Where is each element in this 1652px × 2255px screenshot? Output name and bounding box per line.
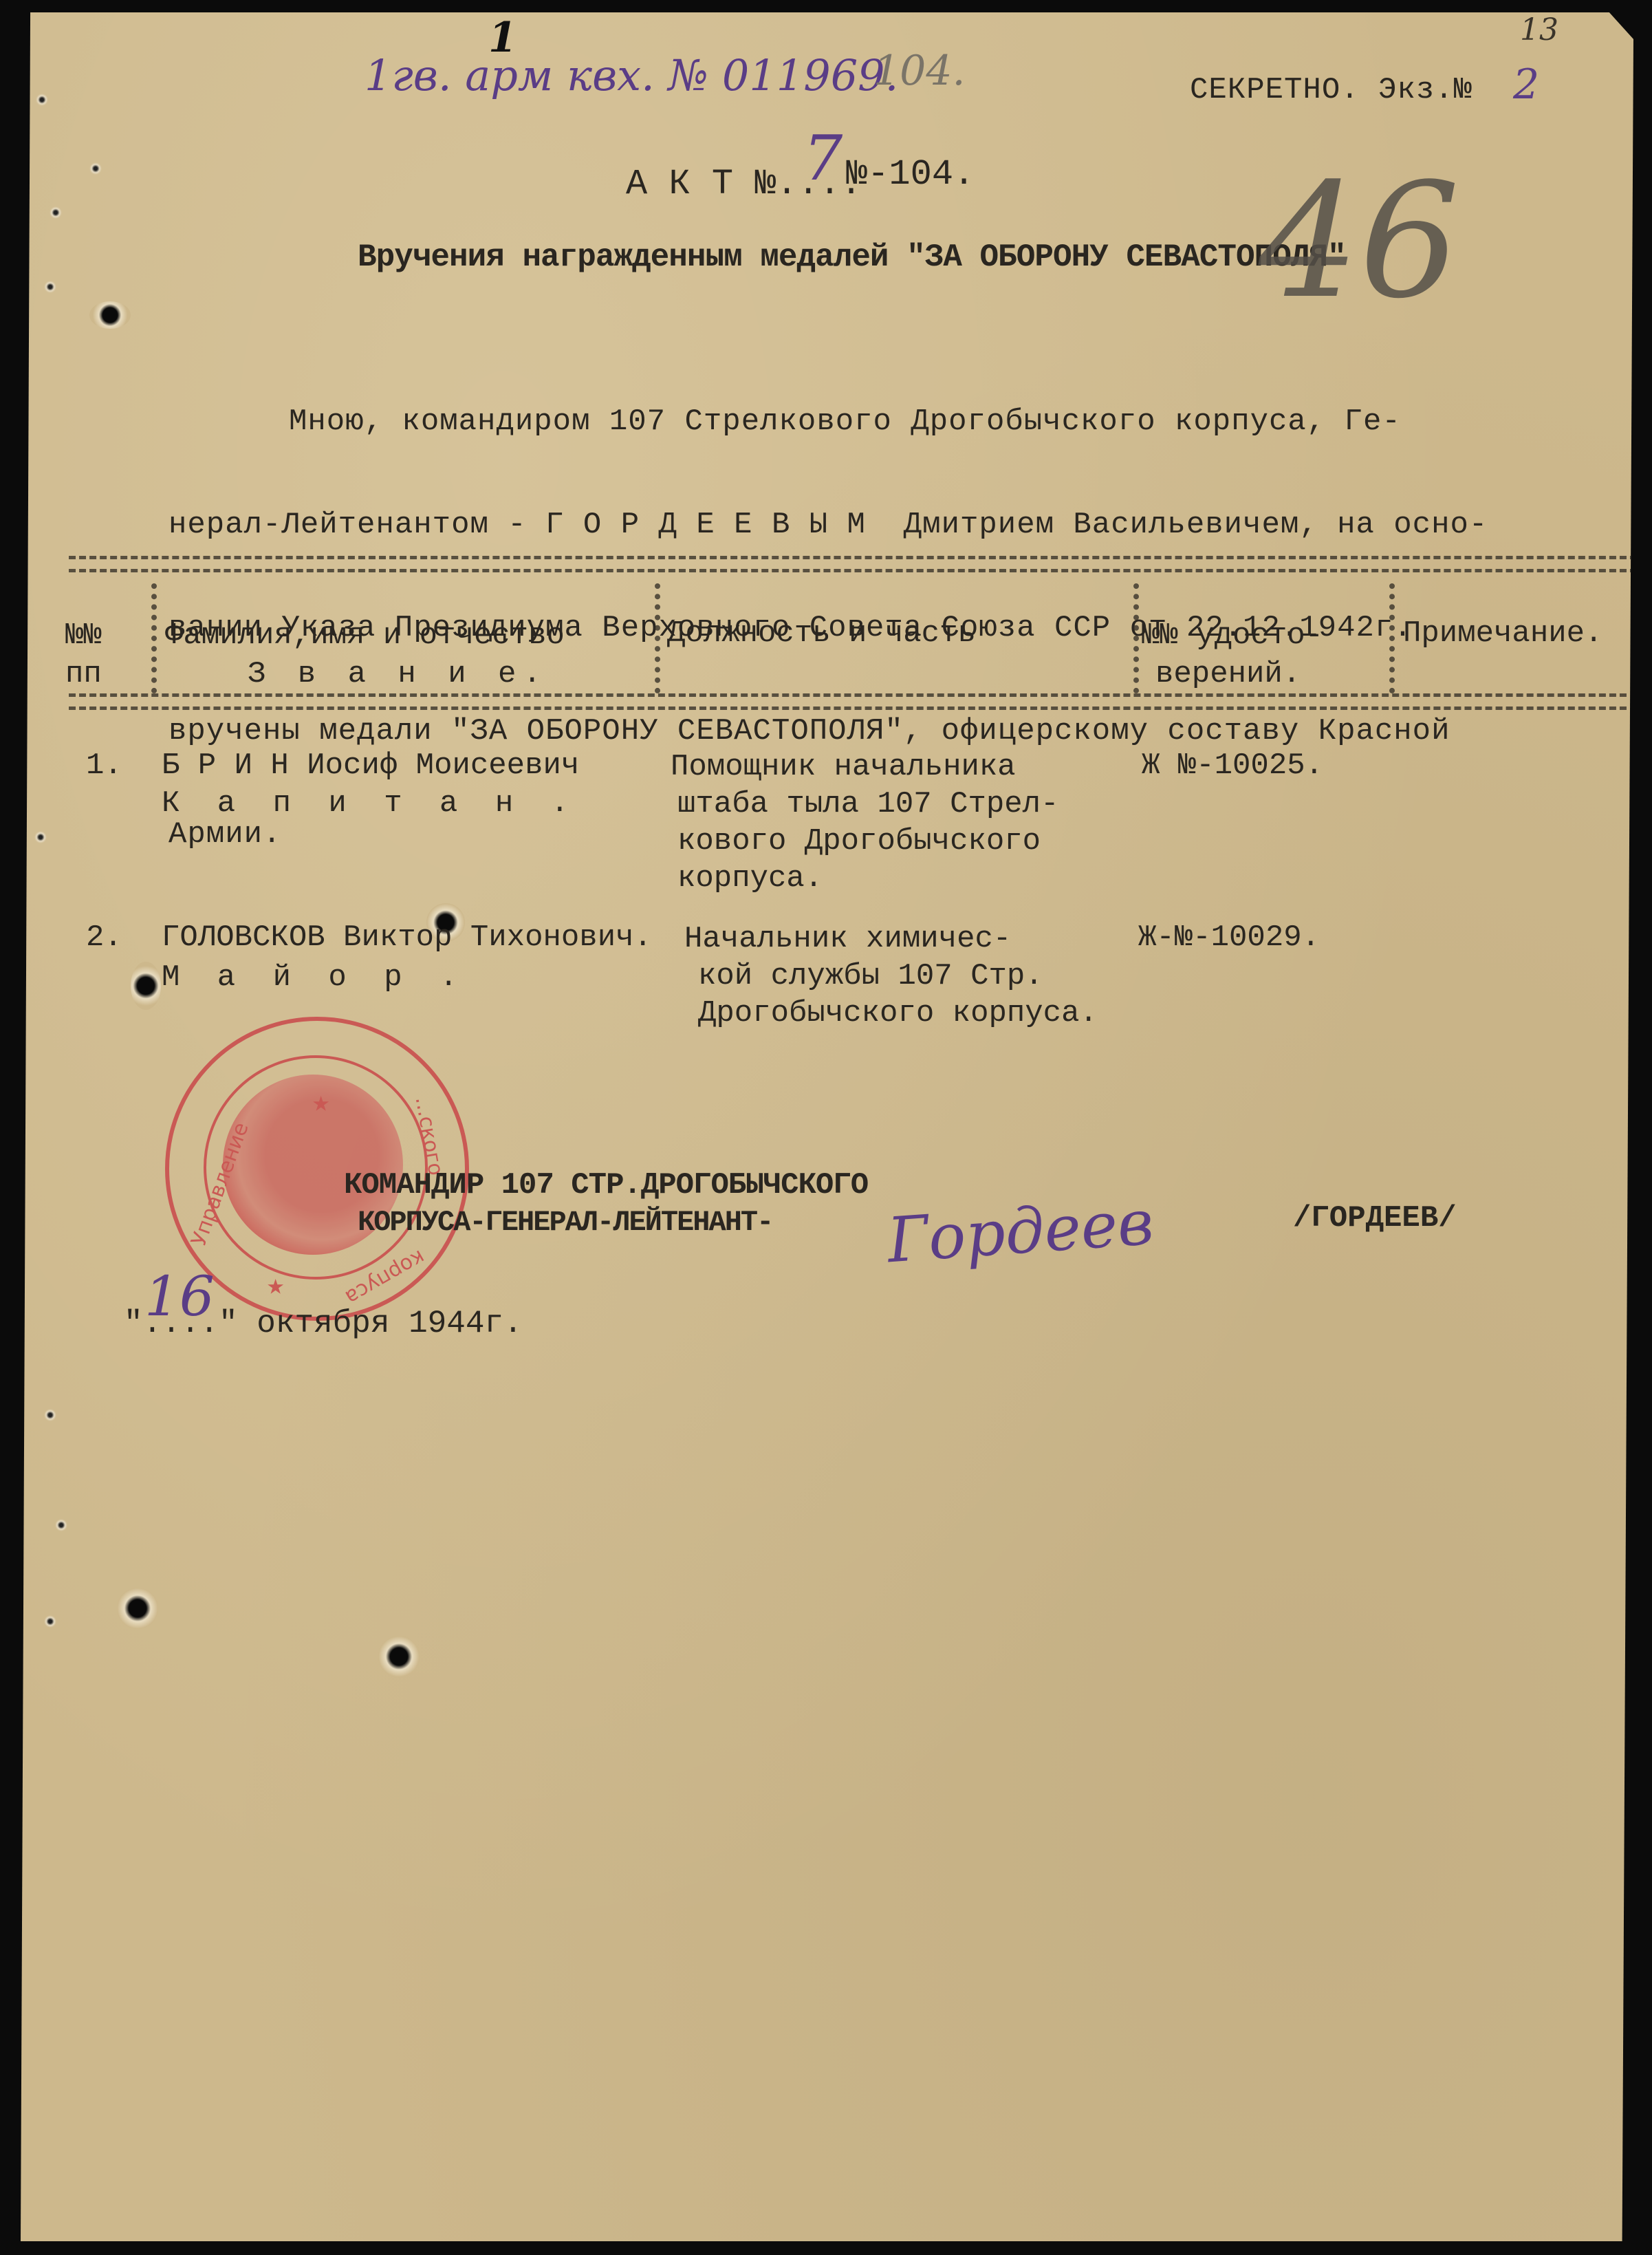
row-certificate: Ж-№-10029.: [1138, 920, 1320, 955]
column-separator: [655, 583, 660, 693]
row-rank: М а й о р .: [162, 960, 467, 995]
pin-hole: [89, 162, 102, 175]
pencil-reference: 104.: [873, 47, 966, 95]
pin-hole: [44, 1615, 56, 1628]
star-icon: ★: [267, 1267, 284, 1303]
column-separator: [151, 583, 157, 693]
date-open-quote: ": [124, 1306, 143, 1341]
row-name: Б Р И Н Иосиф Моисеевич: [162, 748, 579, 783]
header-num-line: №№: [65, 616, 102, 655]
act-number: №-104.: [846, 154, 975, 195]
pin-hole: [44, 281, 56, 293]
column-separator: [1133, 583, 1139, 693]
handwritten-reference: 1гв. арм квх. № 011969.: [365, 50, 898, 100]
header-name-line: Фамилия,имя и отчество: [165, 616, 565, 655]
header-certificate-line: №№ удосто-: [1142, 616, 1323, 655]
pin-hole: [44, 1409, 56, 1421]
row-position-line: кой службы 107 Стр.: [698, 958, 1098, 995]
header-certificate: №№ удосто- верений.: [1142, 616, 1323, 693]
punch-hole: [117, 1588, 158, 1629]
act-handwritten-number: 7: [803, 122, 843, 195]
row-num: 2.: [86, 920, 122, 955]
signer-name: /ГОРДЕЕВ/: [1293, 1201, 1457, 1236]
row-position-line: корпуса.: [677, 860, 1059, 897]
signature-line-1: КОМАНДИР 107 СТР.ДРОГОБЫЧСКОГО: [344, 1168, 868, 1202]
page-number: 13: [1520, 12, 1558, 47]
copy-number: 2: [1513, 61, 1539, 109]
pin-hole: [50, 206, 62, 219]
row-position: Начальник химичес- кой службы 107 Стр. Д…: [698, 920, 1098, 1032]
table-header-divider: [69, 693, 1637, 710]
row-num: 1.: [86, 748, 122, 783]
column-separator: [1389, 583, 1395, 693]
row-certificate: Ж №-10025.: [1142, 748, 1323, 783]
date-rest: " октября 1944г.: [219, 1306, 523, 1341]
act-subtitle: Вручения награжденным медалей "ЗА ОБОРОН…: [358, 239, 1346, 275]
pin-hole: [34, 831, 47, 843]
star-icon: ★: [312, 1084, 329, 1120]
punch-hole: [131, 962, 161, 1010]
row-position-line: Начальник химичес-: [684, 920, 1098, 958]
header-certificate-line: верений.: [1142, 655, 1323, 693]
secrecy-label: СЕКРЕТНО. Экз.№: [1190, 73, 1472, 107]
document-page: 1 1гв. арм квх. № 011969. 104. 13 СЕКРЕТ…: [21, 12, 1633, 2241]
body-line: вручены медали "ЗА ОБОРОНУ СЕВАСТОПОЛЯ",…: [169, 714, 1488, 748]
header-note: Примечание.: [1403, 616, 1602, 651]
act-prefix: А К Т №: [626, 164, 776, 204]
row-position-line: штаба тыла 107 Стрел-: [677, 786, 1059, 823]
body-line: Мною, командиром 107 Стрелкового Дрогобы…: [169, 404, 1488, 439]
row-name: ГОЛОВСКОВ Виктор Тихонович.: [162, 920, 652, 955]
row-rank: К а п и т а н .: [162, 786, 578, 821]
pin-hole: [55, 1519, 67, 1531]
header-position: Должность и часть: [667, 616, 976, 651]
row-position-line: кового Дрогобычского: [677, 823, 1059, 860]
punch-hole: [378, 1636, 420, 1677]
header-name: Фамилия,имя и отчество З в а н и е.: [165, 616, 565, 693]
header-rank-line: З в а н и е.: [165, 655, 565, 693]
row-position-line: Помощник начальника: [671, 748, 1059, 786]
pencil-mark: 46: [1259, 150, 1460, 334]
date-handwritten-day: 16: [144, 1264, 215, 1328]
body-line: нерал-Лейтенантом - Г О Р Д Е Е В Ы М Дм…: [169, 508, 1488, 542]
pin-hole: [36, 94, 48, 106]
row-position-line: Дрогобычского корпуса.: [698, 995, 1098, 1032]
table-top-divider: [69, 556, 1637, 572]
header-num-line: пп: [65, 655, 102, 693]
row-position: Помощник начальника штаба тыла 107 Стрел…: [677, 748, 1059, 897]
handwritten-signature: Гордеев: [885, 1187, 1156, 1277]
signature-line-2: КОРПУСА-ГЕНЕРАЛ-ЛЕЙТЕНАНТ-: [358, 1206, 772, 1239]
header-num: №№ пп: [65, 616, 102, 693]
punch-hole: [89, 301, 131, 329]
